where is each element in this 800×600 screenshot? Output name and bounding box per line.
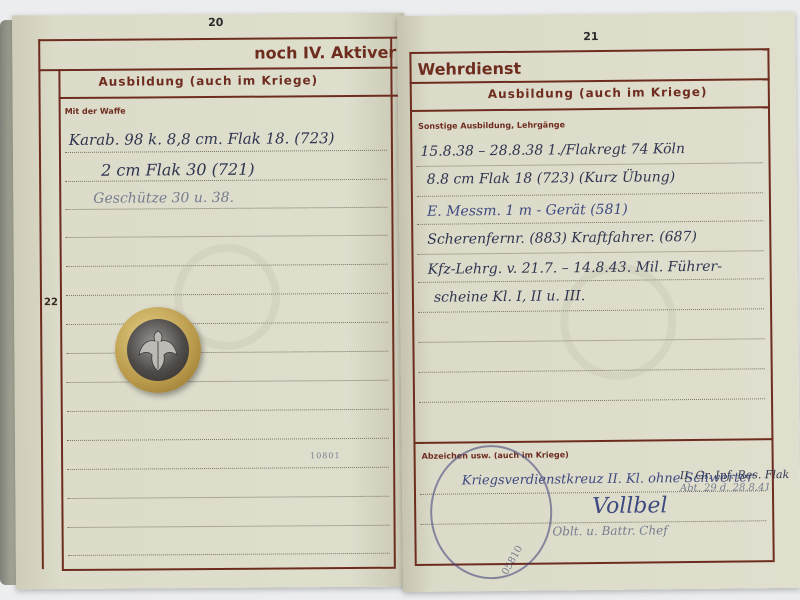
dotted-line xyxy=(417,162,763,167)
dotted-line xyxy=(66,235,388,238)
outer-border xyxy=(38,39,44,569)
rule xyxy=(410,106,770,112)
rule xyxy=(410,78,770,84)
rule xyxy=(38,37,402,42)
page-number: 20 xyxy=(208,16,223,29)
signature: Vollbel xyxy=(592,493,668,519)
dotted-line xyxy=(417,220,763,225)
right-border xyxy=(390,37,396,567)
dotted-line xyxy=(419,398,765,403)
handwritten-entry: Scherenfernr. (883) Kraftfahrer. (687) xyxy=(427,229,697,248)
handwritten-entry: Kfz-Lehrg. v. 21.7. – 14.8.43. Mil. Führ… xyxy=(428,259,722,278)
dotted-line xyxy=(65,150,387,153)
watermark-swastika-emblem xyxy=(560,263,677,380)
left-border xyxy=(409,52,416,564)
eagle-icon xyxy=(127,319,189,381)
page-header-title: noch IV. Aktiver xyxy=(254,43,396,63)
dotted-line xyxy=(67,409,389,412)
dotted-line xyxy=(68,553,390,556)
handwritten-entry: II. Gr. Inf. Res. Flak xyxy=(680,468,790,482)
handwritten-entry: Geschütze 30 u. 38. xyxy=(93,190,234,207)
page-number: 21 xyxy=(583,30,598,43)
faded-stamp: 10801 xyxy=(310,451,341,460)
rule xyxy=(409,48,769,54)
dotted-line xyxy=(67,438,389,441)
dotted-line xyxy=(65,207,387,210)
rule xyxy=(413,438,773,444)
handwritten-entry: 2 cm Flak 30 (721) xyxy=(101,160,255,180)
field-label: Sonstige Ausbildung, Lehrgänge xyxy=(418,120,565,131)
dotted-line xyxy=(67,380,389,383)
bottom-border xyxy=(62,567,396,571)
handwritten-entry: Abt. 29 d. 28.8.41 xyxy=(680,482,771,494)
inner-border xyxy=(58,69,63,569)
rule xyxy=(59,95,403,99)
left-page: 20 noch IV. Aktiver Ausbildung (auch im … xyxy=(12,13,408,590)
page-header-title: Wehrdienst xyxy=(417,59,521,79)
right-page: 21 Wehrdienst Ausbildung (auch im Kriege… xyxy=(397,12,800,592)
dotted-line xyxy=(417,250,763,255)
dotted-line xyxy=(67,467,389,470)
coin xyxy=(115,307,201,393)
handwritten-entry: Karab. 98 k. 8,8 cm. Flak 18. (723) xyxy=(69,129,335,149)
signature-title: Oblt. u. Battr. Chef xyxy=(552,523,667,538)
dotted-line xyxy=(417,192,763,197)
rule xyxy=(38,67,402,72)
margin-note: 22 xyxy=(44,297,58,308)
section-heading: Ausbildung (auch im Kriege) xyxy=(488,85,708,101)
handwritten-entry: 8.8 cm Flak 18 (723) (Kurz Übung) xyxy=(427,169,676,188)
handwritten-entry: scheine Kl. I, II u. III. xyxy=(434,288,585,306)
coin-center xyxy=(127,319,189,381)
dotted-line xyxy=(67,496,389,499)
section-heading: Ausbildung (auch im Kriege) xyxy=(98,73,318,89)
official-stamp xyxy=(429,445,552,580)
handwritten-entry: E. Messm. 1 m - Gerät (581) xyxy=(427,202,628,220)
dotted-line xyxy=(68,525,390,528)
handwritten-entry: 15.8.38 – 28.8.38 1./Flakregt 74 Köln xyxy=(420,141,685,160)
field-label: Mit der Waffe xyxy=(65,107,126,116)
